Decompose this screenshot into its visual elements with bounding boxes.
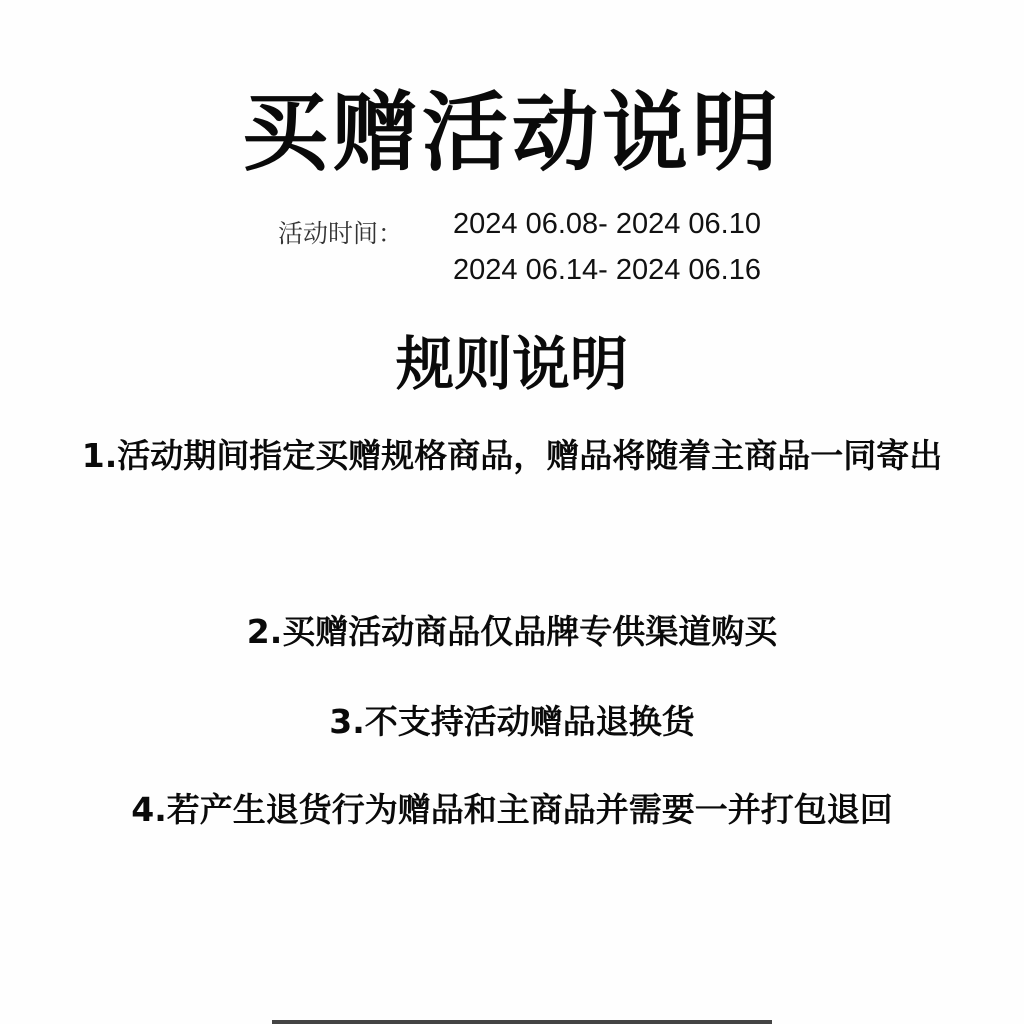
page-title: 买赠活动说明	[0, 78, 1024, 188]
bottom-divider	[272, 1020, 772, 1024]
rule-item-1: 1.活动期间指定买赠规格商品，赠品将随着主商品一同寄出	[0, 434, 1024, 478]
activity-time-range-2: 2024 06.14- 2024 06.16	[453, 254, 761, 287]
rule-item-2: 2.买赠活动商品仅品牌专供渠道购买	[0, 610, 1024, 654]
rules-title: 规则说明	[0, 326, 1024, 402]
watermark	[56, 526, 163, 595]
rule-item-4: 4.若产生退货行为赠品和主商品并需要一并打包退回	[0, 788, 1024, 832]
activity-time-label: 活动时间：	[278, 214, 403, 250]
rule-item-3: 3.不支持活动赠品退换货	[0, 700, 1024, 744]
watermark	[56, 936, 163, 1005]
watermark	[406, 936, 513, 1005]
activity-time-range-1: 2024 06.08- 2024 06.10	[453, 208, 761, 241]
watermark	[766, 936, 873, 1005]
